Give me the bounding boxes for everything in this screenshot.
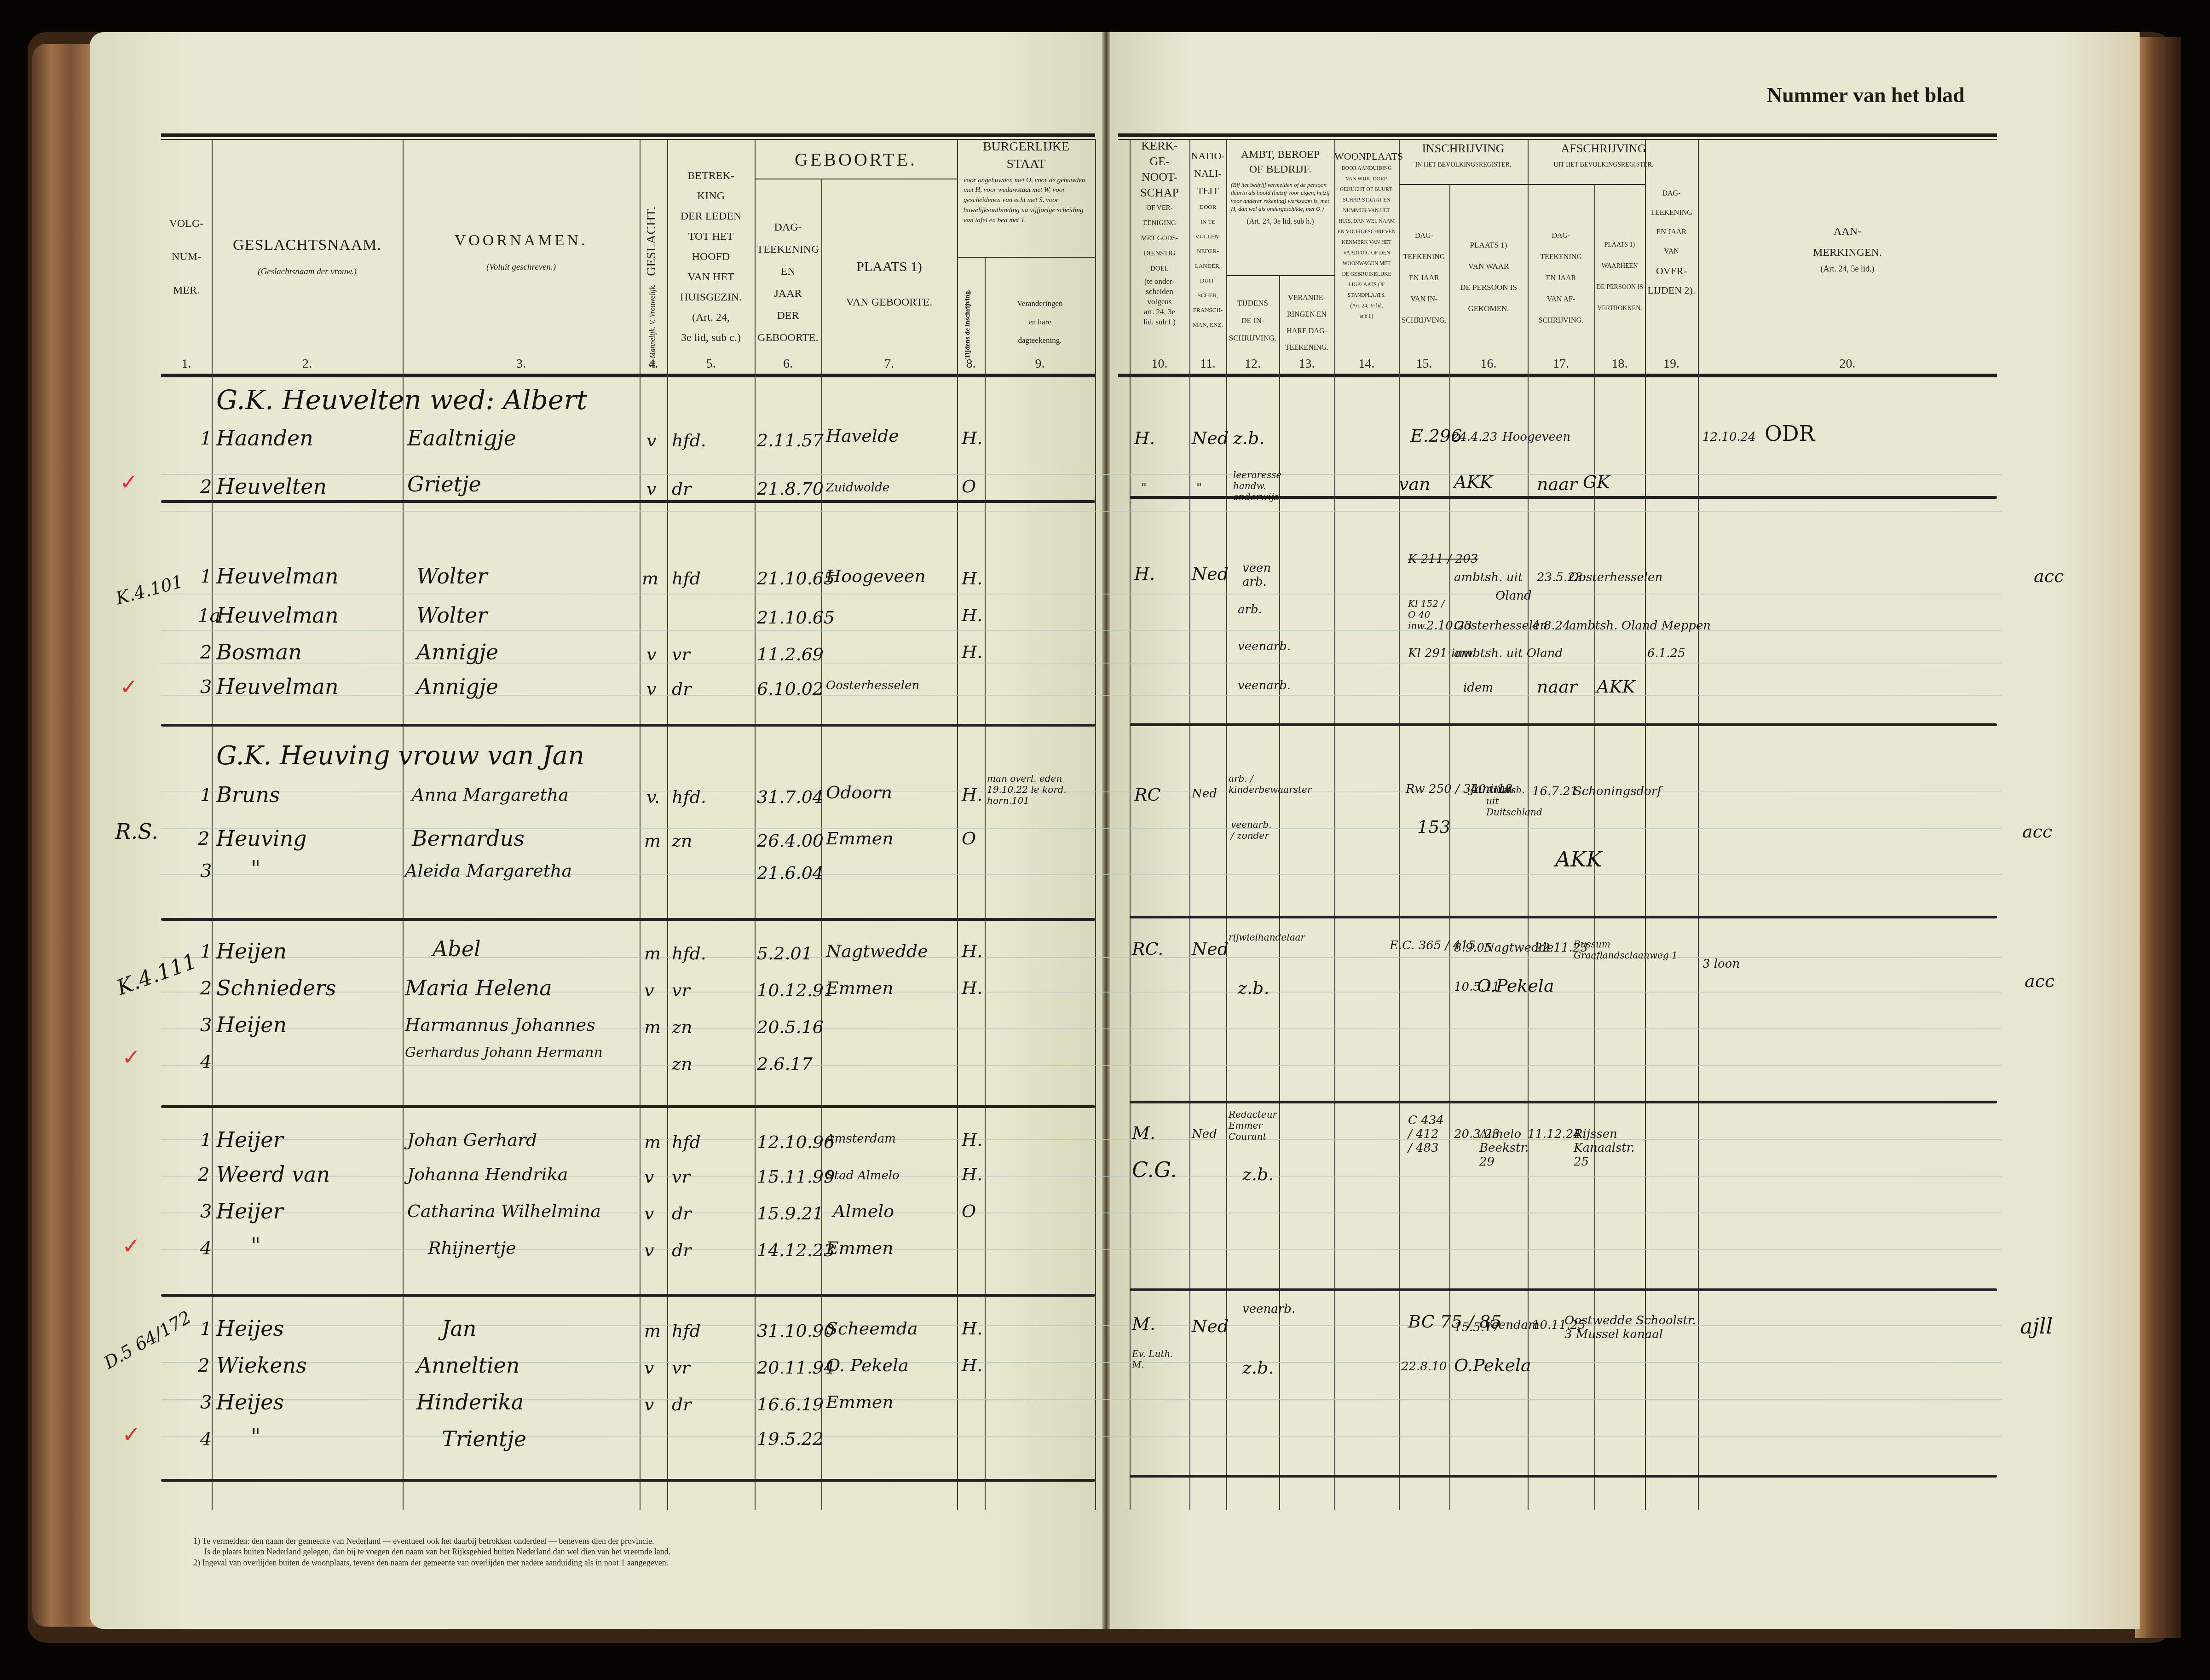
sex: v (644, 1240, 654, 1260)
surname: Weerd van (216, 1162, 330, 1187)
col-number: 18. (1594, 357, 1645, 371)
birth-date: 16.6.19 (757, 1394, 824, 1414)
civil-status-change: man overl. eden 19.10.22 le kord. horn.1… (987, 773, 1093, 806)
sex: v (644, 1166, 654, 1187)
ruled-line (161, 1436, 2002, 1437)
registration-date: van (1399, 474, 1431, 494)
birth-place: Emmen (826, 1392, 894, 1412)
sex: v (644, 980, 654, 1000)
church: RC. (1132, 939, 1163, 959)
birth-place: Nagtwedde (826, 941, 928, 961)
page-edges-right (2135, 37, 2181, 1638)
col-number: 2. (212, 357, 403, 371)
address: C 434 / 412 / 483 (1408, 1114, 1445, 1155)
given-names: Anneltien (416, 1353, 519, 1378)
row-number: 1 (200, 785, 212, 806)
header-col-15: DAG-TEEKENINGEN JAARVAN IN-SCHRIJVING. (1399, 225, 1449, 331)
surname: " (251, 856, 260, 881)
nationality: " (1196, 481, 1202, 495)
ambt-rule (1226, 275, 1334, 276)
header-col-8: Tijdens de inschrijving. (964, 285, 972, 359)
household-separator (1130, 723, 1997, 726)
departure-date: 11.12.24 (1528, 1127, 1581, 1141)
birth-place: Hoogeveen (826, 566, 926, 586)
occupation: veenarb. / zonder (1231, 819, 1277, 841)
sheet-number-label: Nummer van het blad (1767, 83, 1965, 107)
header-bottom-rule-left (161, 374, 1095, 377)
header-top-rule-left-thin (161, 139, 1095, 140)
departure-to: Bussum Graaflandsclaanweg 1 (1574, 939, 1689, 961)
footnote-2: 2) Ingeval van overlijden buiten de woon… (193, 1558, 670, 1568)
birth-date: 19.5.22 (757, 1429, 824, 1449)
departure-to: Rijssen Kanaalstr. 25 (1574, 1127, 1643, 1169)
church: " (1141, 481, 1147, 495)
death-date: 12.10.24 (1702, 430, 1756, 444)
row-number: 1 (200, 941, 212, 962)
household-separator (161, 1294, 1095, 1297)
given-names: Johan Gerhard (407, 1130, 537, 1150)
birth-date: 21.10.65 (757, 607, 835, 628)
civil-status: H. (962, 941, 982, 961)
row-number: 4 (200, 1051, 212, 1073)
surname: Heijes (216, 1390, 284, 1414)
birth-place: Emmen (826, 828, 894, 849)
civil-status: H. (962, 978, 982, 998)
civil-status: H. (962, 642, 982, 662)
header-col-2: GESLACHTSNAAM. (Geslachtsnaam der vrouw.… (212, 235, 403, 278)
surname: Schnieders (216, 976, 336, 1000)
birth-place: Stad Almelo (826, 1169, 900, 1183)
birth-date: 31.7.04 (757, 787, 824, 807)
header-col-9: Veranderingenen haredagteekening. (985, 294, 1095, 350)
death-date: 3 loon (1702, 957, 1740, 971)
col-number: 10. (1130, 357, 1189, 371)
birth-place: Emmen (826, 1238, 894, 1258)
relation: vr (672, 1166, 690, 1187)
church: M. (1132, 1314, 1155, 1334)
departure-to: Schoningsdorf (1574, 785, 1662, 798)
birth-date: 2.11.57 (757, 430, 824, 450)
header-col-13: VERANDE-RINGEN ENHARE DAG-TEEKENING. (1279, 290, 1334, 356)
given-names: Eaaltnigje (407, 426, 516, 450)
relation: zn (672, 1017, 692, 1037)
nationality: Ned (1192, 787, 1217, 801)
header-col-4-title: GESLACHT. (644, 156, 659, 276)
departure-date: naar (1537, 676, 1577, 697)
relation: vr (672, 980, 690, 1000)
civil-status: O (962, 476, 976, 496)
row-number: 2 (198, 1164, 209, 1185)
birth-place: Almelo (833, 1201, 894, 1221)
row-number: 4 (200, 1429, 212, 1450)
ruled-line (161, 511, 2002, 512)
departure-date: 4.8.24 (1532, 619, 1570, 633)
birth-date: 21.10.65 (757, 568, 835, 589)
col-number: 12. (1226, 357, 1279, 371)
row-number: 3 (200, 1201, 212, 1222)
registration-date: ambtsh. uit Oland (1454, 647, 1563, 660)
sex: v (646, 644, 656, 664)
col-line (1399, 139, 1400, 1510)
sex: m (644, 831, 661, 851)
row-number: 3 (200, 1015, 212, 1036)
remarks: acc (2025, 971, 2054, 991)
birth-place: Oosterhesselen (826, 679, 919, 693)
surname: Heuvelman (216, 603, 339, 628)
header-col-18: PLAATS 1)WAARHEENDE PERSOON ISVERTROKKEN… (1594, 235, 1645, 319)
church: H. (1134, 428, 1155, 448)
occupation: leeraresse handw. onderwijs (1233, 469, 1284, 502)
header-top-rule-left (161, 133, 1095, 137)
household-separator (1130, 1288, 1997, 1291)
registration-from: O.Pekela (1477, 976, 1554, 996)
church: C.G. (1132, 1157, 1177, 1182)
margin-note: R.S. (115, 819, 158, 844)
header-geboorte: GEBOORTE. (755, 147, 957, 172)
header-col-1: VOLG-NUM-MER. (161, 216, 212, 298)
col-line (957, 139, 958, 1510)
household-heading: G.K. Heuving vrouw van Jan (216, 741, 584, 771)
nationality: Ned (1192, 428, 1229, 448)
given-names: Johanna Hendrika (407, 1164, 568, 1184)
relation: vr (672, 644, 690, 664)
nationality: Ned (1192, 1316, 1229, 1336)
col-number: 11. (1189, 357, 1226, 371)
birth-date: 11.2.69 (757, 644, 824, 664)
col-number: 5. (667, 357, 755, 371)
household-heading: G.K. Heuvelten wed: Albert (216, 384, 587, 416)
red-check-mark: ✓ (120, 469, 138, 495)
relation: hfd (672, 1321, 701, 1341)
red-check-mark: ✓ (122, 1422, 140, 1448)
occupation: arb. / kinderbewaarster (1229, 773, 1279, 795)
row-number: 2 (198, 828, 209, 849)
birth-date: 21.6.04 (757, 863, 824, 883)
red-check-mark: ✓ (122, 1233, 140, 1259)
sex: m (644, 1321, 661, 1341)
given-names: Harmannus Johannes (405, 1015, 595, 1035)
sex: m (644, 1017, 661, 1037)
relation: dr (672, 679, 692, 699)
registration-from: idem (1463, 681, 1493, 695)
birth-date: 15.11.99 (757, 1166, 835, 1187)
row-number: 1 (200, 1318, 212, 1339)
registration-from: Hoogeveen (1502, 430, 1570, 444)
header-afschrijving: AFSCHRIJVING UIT HET BEVOLKINGSREGISTER. (1528, 140, 1679, 170)
row-number: 4 (200, 1238, 212, 1259)
departure-to: ambtsh. Oland Meppen (1569, 619, 1711, 633)
birth-date: 21.8.70 (757, 479, 824, 499)
birth-date: 14.12.23 (757, 1240, 835, 1260)
col-line (1189, 139, 1190, 1510)
sex: v (644, 1357, 654, 1378)
header-bottom-rule-right (1118, 374, 1997, 377)
departure-to: Oosterhesselen (1569, 571, 1662, 584)
red-check-mark: ✓ (120, 674, 138, 700)
row-number: 1 (200, 1130, 212, 1151)
given-names: Wolter (416, 603, 487, 628)
ruled-line (161, 1065, 2002, 1066)
civil-status: H. (962, 568, 982, 589)
relation: zn (672, 831, 692, 851)
col-number: 20. (1698, 357, 1997, 371)
surname: Bruns (216, 782, 280, 807)
col-line (212, 139, 213, 1510)
occupation: veenarb. (1238, 679, 1291, 693)
sex: m (644, 1132, 661, 1152)
col-line (1095, 139, 1096, 1510)
occupation: veenarb. (1242, 1302, 1279, 1316)
birth-date: 20.11.94 (757, 1357, 835, 1378)
departure-to: AKK (1555, 847, 1602, 872)
registration-date: ambtsh. uit (1454, 571, 1523, 584)
col-line (1130, 139, 1131, 1510)
registration-from: Oland (1495, 589, 1532, 603)
departure-date: 16.7.21 (1532, 785, 1578, 798)
col-number: 6. (755, 357, 821, 371)
col-number: 7. (821, 357, 957, 371)
header-ambt-beroep: AMBT, BEROEPOF BEDRIJF. (Bij het bedrijf… (1226, 147, 1334, 227)
sex: v (644, 1394, 654, 1414)
given-names: Gerhardus Johann Hermann (405, 1045, 603, 1061)
col-number: 3. (403, 357, 640, 371)
header-burgerlijke-staat: BURGERLIJKE STAAT voor ongehuwden met O,… (957, 138, 1095, 228)
given-names: Aleida Margaretha (405, 860, 572, 881)
birth-date: 6.10.02 (757, 679, 824, 699)
remarks: ajll (2020, 1314, 2053, 1339)
birth-date: 15.9.21 (757, 1203, 824, 1224)
col-line (403, 139, 404, 1510)
birth-place: Amsterdam (826, 1132, 896, 1146)
relation: hfd. (672, 943, 706, 964)
church: H. (1134, 564, 1155, 584)
occupation: z.b. (1242, 1357, 1274, 1378)
civil-status: O (962, 1201, 976, 1221)
birth-date: 26.4.00 (757, 831, 824, 851)
col-line (1528, 139, 1529, 1510)
church: Ev. Luth. M. (1132, 1348, 1173, 1370)
birth-date: 5.2.01 (757, 943, 813, 964)
birth-place: Emmen (826, 978, 894, 998)
relation: dr (672, 1203, 692, 1224)
afschrijving-rule (1528, 184, 1645, 185)
header-col-16: PLAATS 1)VAN WAARDE PERSOON ISGEKOMEN. (1449, 235, 1528, 319)
row-number: 1 (200, 566, 212, 587)
surname: Haanden (216, 426, 313, 450)
surname: Heuvelten (216, 474, 327, 499)
birth-place: Havelde (826, 426, 899, 446)
civil-status: H. (962, 785, 982, 805)
footnote-1: 1) Te vermelden: den naam der gemeente v… (193, 1536, 670, 1547)
geboorte-rule (755, 179, 957, 179)
surname: " (251, 1233, 260, 1258)
header-col-11: NATIO-NALI-TEIT DOORIN TEVULLEN:NEDER-LA… (1189, 147, 1226, 332)
given-names: Annigje (416, 640, 498, 664)
col-line (640, 139, 640, 1510)
given-names: Grietje (407, 472, 481, 496)
birth-date: 20.5.16 (757, 1017, 824, 1037)
relation: vr (672, 1357, 690, 1378)
occupation: veen arb. (1242, 561, 1279, 589)
row-number: 3 (200, 1392, 212, 1413)
registration-from: Ambtsh. uit Duitschland (1486, 785, 1528, 818)
birth-place: Scheemda (826, 1318, 918, 1339)
relation: dr (672, 1240, 692, 1260)
departure-to: GK (1583, 472, 1610, 492)
birth-place: Odoorn (826, 782, 892, 802)
surname: Heuving (216, 826, 307, 851)
relation: dr (672, 479, 692, 499)
given-names: Rhijnertje (428, 1238, 516, 1258)
surname: Heuvelman (216, 674, 339, 699)
sex: v (644, 1203, 654, 1224)
header-top-rule-right (1118, 133, 1997, 137)
registration-from: O.Pekela (1454, 1355, 1531, 1375)
row-number: 1 (200, 428, 212, 449)
household-separator (1130, 1101, 1997, 1103)
registration-from: AKK (1454, 472, 1493, 492)
sex: m (644, 943, 661, 964)
household-separator (161, 1479, 1095, 1482)
civil-status: H. (962, 1130, 982, 1150)
household-separator (1130, 1475, 1997, 1478)
surname: Heijer (216, 1127, 283, 1152)
occupation: z.b. (1233, 428, 1265, 448)
registration-from: Almelo Beekstr. 29 (1479, 1127, 1530, 1169)
col-line (1698, 139, 1699, 1510)
header-col-20: AAN-MERKINGEN. (Art. 24, 5e lid.) (1698, 221, 1997, 274)
given-names: Annigje (416, 674, 498, 699)
nationality: Ned (1192, 564, 1229, 584)
birth-place: Zuidwolde (826, 481, 889, 495)
surname: Heijen (216, 1012, 287, 1037)
given-names: Anna Margaretha (412, 785, 569, 805)
birth-date: 2.6.17 (757, 1054, 813, 1074)
given-names: Hinderika (416, 1390, 524, 1414)
row-number: 2 (200, 978, 212, 999)
relation: hfd (672, 1132, 701, 1152)
book-gutter (1102, 32, 1110, 1629)
footnote-1b: Is de plaats buiten Nederland gelegen, d… (193, 1547, 670, 1557)
departure-to: Oostwedde Schoolstr. 3 Mussel kanaal (1564, 1314, 1698, 1341)
ruled-line (161, 594, 2002, 595)
col-number: 13. (1279, 357, 1334, 371)
civil-status: O (962, 828, 976, 849)
occupation: z.b. (1242, 1164, 1274, 1184)
header-col-5: BETREK-KINGDER LEDENTOT HETHOOFDVAN HETH… (667, 166, 755, 348)
birth-date: 31.10.90 (757, 1321, 835, 1341)
household-separator (1130, 916, 1997, 918)
registration-from: Veendam (1484, 1318, 1540, 1332)
church: RC (1134, 785, 1161, 805)
header-col-6: DAG-TEEKENINGENJAARDERGEBOORTE. (755, 216, 821, 349)
birth-place: O. Pekela (826, 1355, 909, 1375)
col-number: 16. (1449, 357, 1528, 371)
col-line (1334, 139, 1335, 1510)
church: M. (1132, 1123, 1155, 1143)
page-edges-left (32, 44, 97, 1627)
col-number: 1. (161, 357, 212, 371)
header-col-10: KERK-GE-NOOT-SCHAP OF VER-EENIGINGMET GO… (1130, 138, 1189, 327)
surname: Heijen (216, 939, 287, 964)
birth-date: 10.12.91 (757, 980, 835, 1000)
given-names: Wolter (416, 564, 487, 589)
col-number: 9. (985, 357, 1095, 371)
household-separator (161, 918, 1095, 921)
sex: v (646, 430, 656, 450)
ruled-line (161, 630, 2002, 631)
row-number: 2 (200, 476, 212, 497)
address: K 211 / 203 (1408, 552, 1478, 566)
header-col-7: PLAATS 1) VAN GEBOORTE. (821, 258, 957, 310)
remarks: ODR (1765, 421, 1815, 446)
col-line (1645, 139, 1646, 1510)
departure-to: AKK (1597, 676, 1635, 697)
remarks: acc (2022, 821, 2052, 842)
given-names: Maria Helena (405, 976, 552, 1000)
header-col-4-sub: M. Mannelijk. V. Vrouwelijk. (649, 276, 657, 368)
occupation: z.b. (1238, 978, 1269, 998)
header-top-rule-right-thin (1118, 139, 1997, 140)
header-col-3: VOORNAMEN. (Voluit geschreven.) (403, 230, 640, 273)
burgerlijke-rule (957, 257, 1095, 258)
ruled-line (161, 1325, 2002, 1326)
surname: Wiekens (216, 1353, 307, 1378)
death-date: 6.1.25 (1647, 647, 1685, 660)
row-number: 3 (200, 860, 212, 882)
col-line (985, 258, 986, 1510)
relation: hfd. (672, 430, 706, 450)
departure-date: naar (1537, 474, 1577, 494)
household-separator (161, 724, 1095, 727)
household-separator (161, 500, 1095, 503)
occupation: rijwielhandelaar (1229, 932, 1277, 943)
given-names: Jan (442, 1316, 477, 1341)
footnotes: 1) Te vermelden: den naam der gemeente v… (193, 1536, 670, 1568)
civil-status: H. (962, 1164, 982, 1184)
surname: Heuvelman (216, 564, 339, 589)
surname: Heijer (216, 1199, 283, 1224)
nationality: Ned (1192, 1127, 1217, 1141)
col-number: 4. (640, 357, 667, 371)
sex: v (646, 479, 656, 499)
household-separator (161, 1105, 1095, 1108)
col-number: 19. (1645, 357, 1698, 371)
sex: m (642, 568, 658, 589)
civil-status: H. (962, 1355, 982, 1375)
occupation: arb. (1238, 603, 1262, 617)
registration-date: 24.4.23 (1452, 430, 1497, 444)
surname: Bosman (216, 640, 302, 664)
row-number: 3 (200, 676, 212, 698)
civil-status: H. (962, 605, 982, 625)
given-names: Trientje (442, 1426, 526, 1451)
header-col-14: WOONPLAATS DOOR AANDUIDINGVAN WIJK, DORP… (1334, 150, 1399, 322)
relation: dr (672, 1394, 692, 1414)
relation: hfd. (672, 787, 706, 807)
col-number: 15. (1399, 357, 1449, 371)
sex: v (646, 679, 656, 699)
row-number: 2 (198, 1355, 209, 1376)
occupation: veenarb. (1238, 640, 1291, 653)
civil-status: H. (962, 1318, 982, 1339)
given-names: Catharina Wilhelmina (407, 1201, 601, 1221)
surname: " (251, 1424, 260, 1449)
red-check-mark: ✓ (122, 1045, 140, 1070)
birth-date: 12.10.96 (757, 1132, 835, 1152)
relation: zn (672, 1054, 692, 1074)
relation: hfd (672, 568, 701, 589)
